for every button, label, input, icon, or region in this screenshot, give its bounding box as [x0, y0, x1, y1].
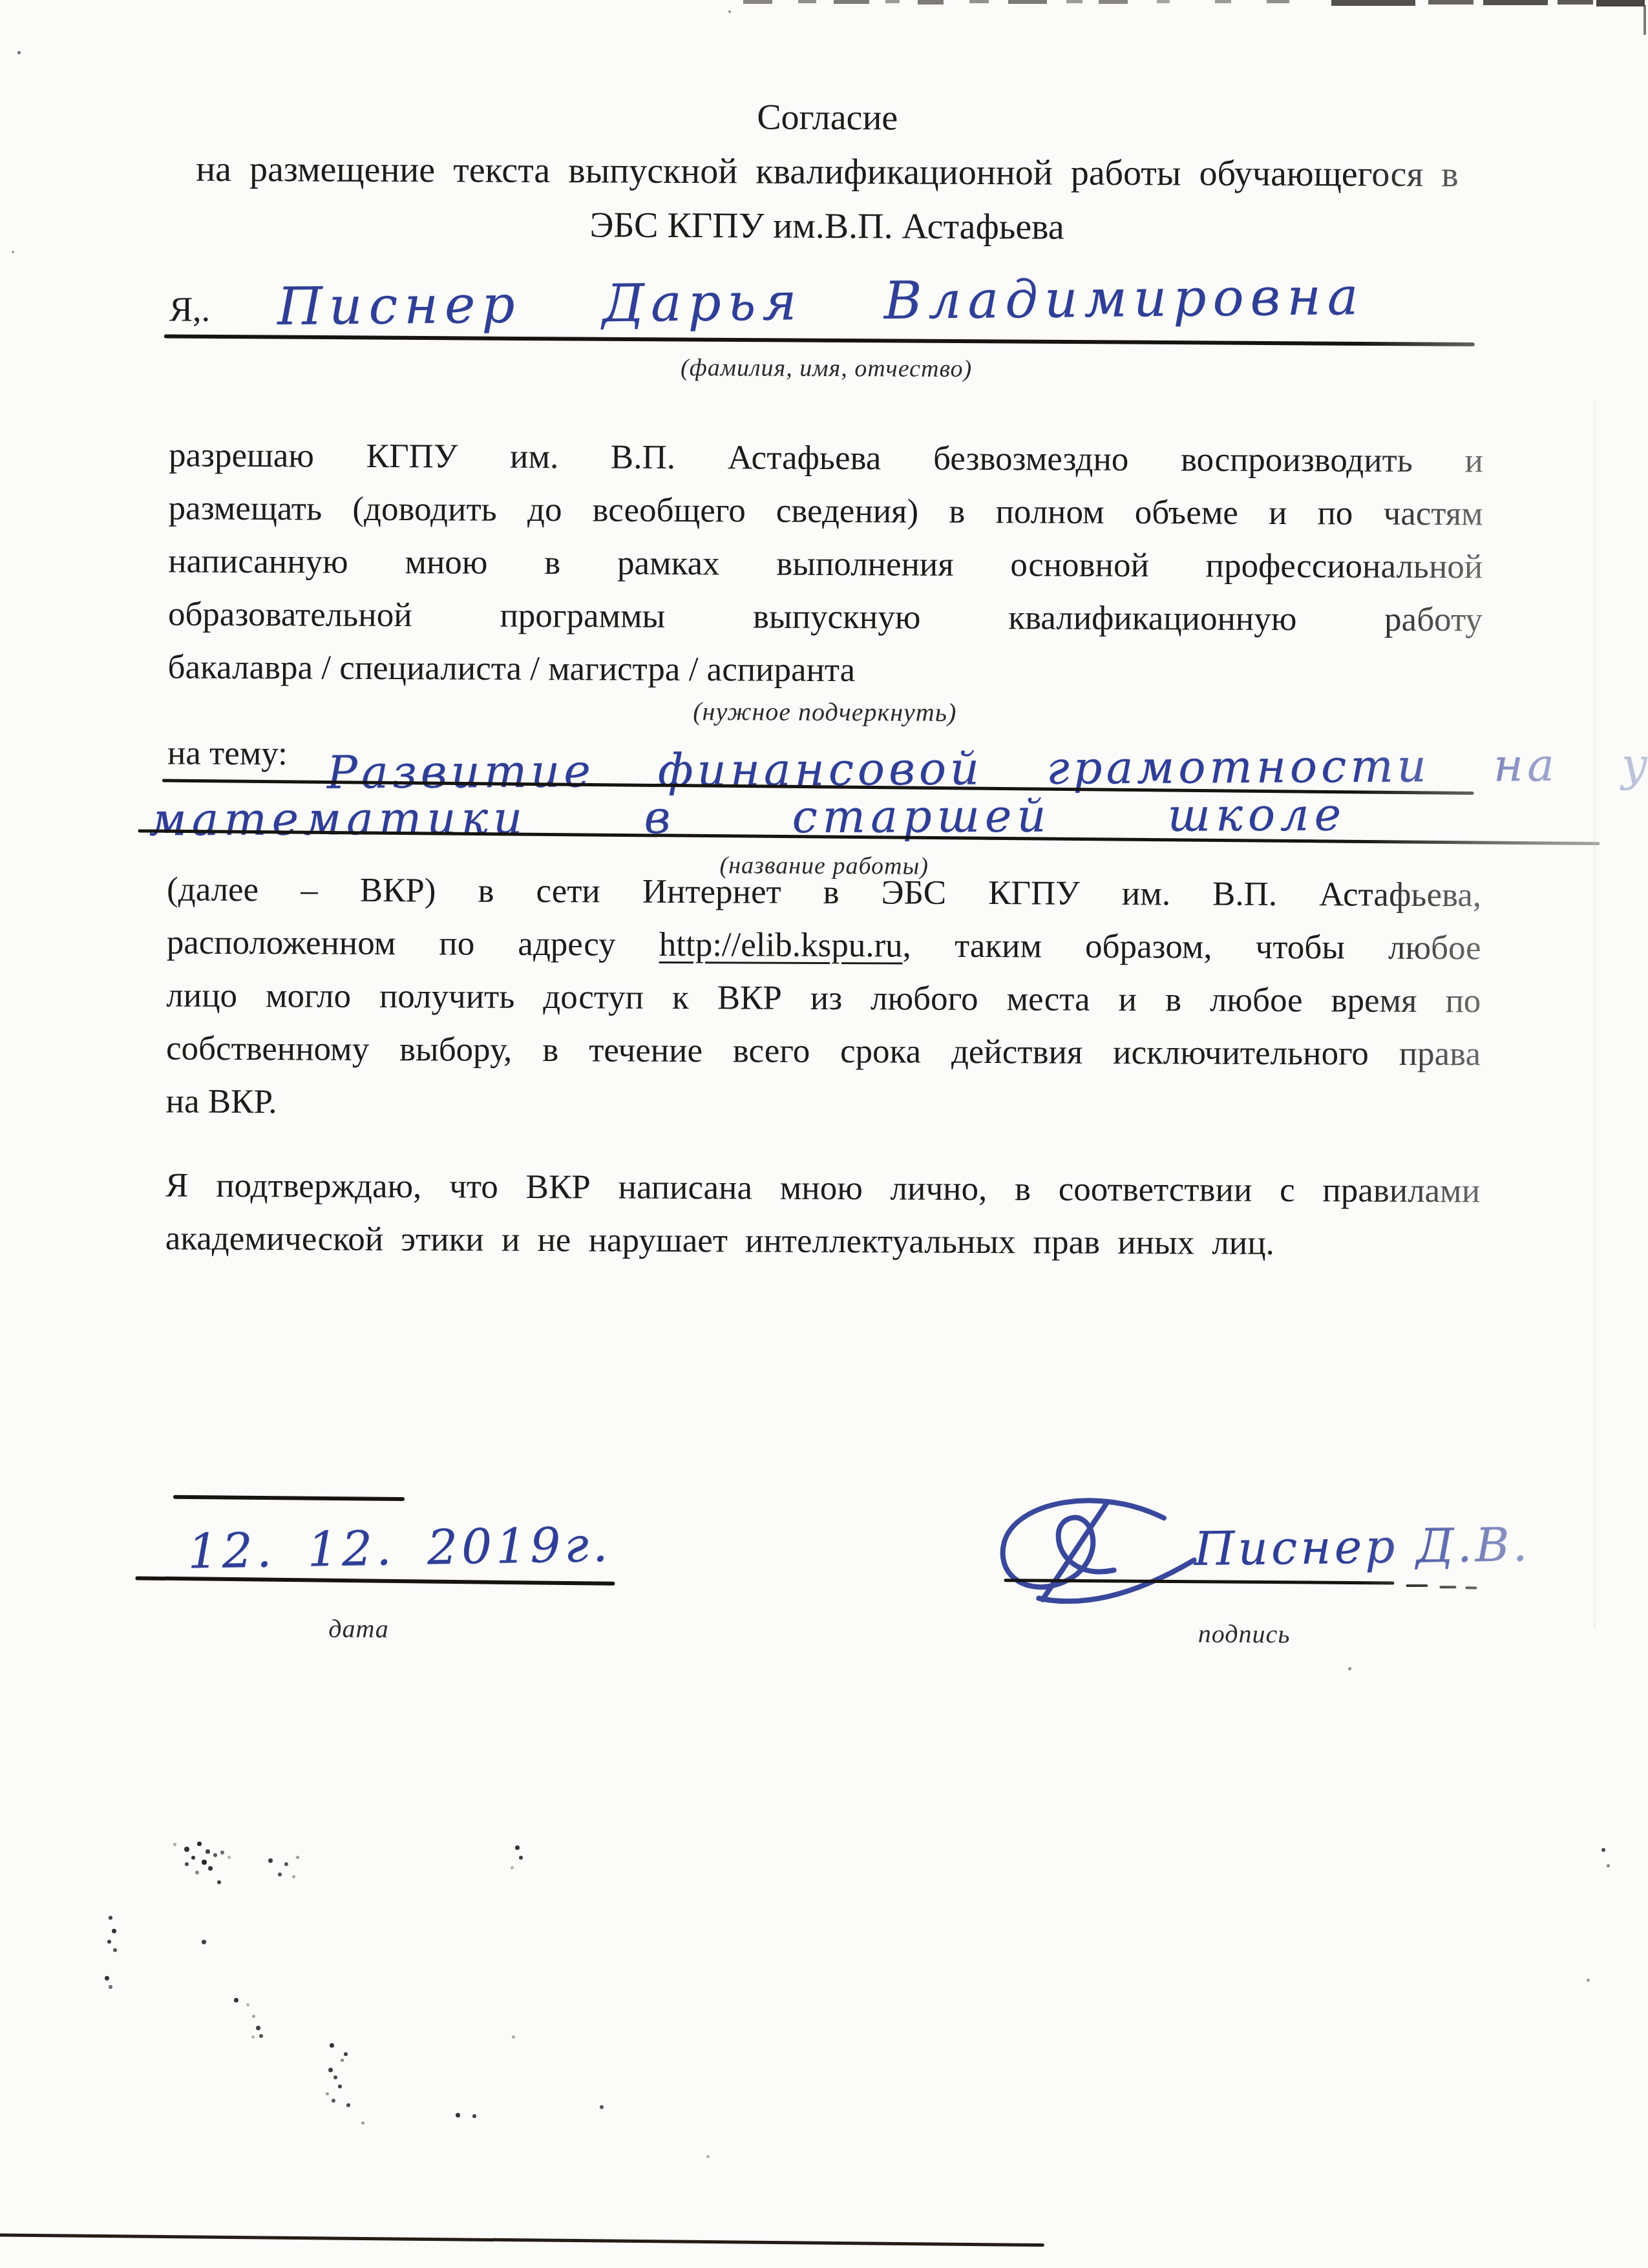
- scan-tick: [1643, 5, 1646, 35]
- scan-speck: [728, 10, 731, 13]
- scan-speck: [706, 2155, 710, 2158]
- scan-dash: [1008, 0, 1047, 4]
- name-underline: [164, 335, 1475, 346]
- scan-speck: [109, 1916, 112, 1920]
- scan-speck: [252, 2015, 255, 2018]
- scan-speck: [600, 2105, 604, 2109]
- scan-dash: [1558, 0, 1593, 5]
- scan-speck: [456, 2113, 460, 2117]
- scan-speck: [191, 1856, 195, 1860]
- handwritten-date: 12. 12. 2019г.: [187, 1517, 612, 1580]
- scan-speck: [217, 1880, 221, 1884]
- scan-speck: [202, 1860, 207, 1865]
- scan-speck: [246, 2003, 249, 2006]
- scan-speck: [220, 1851, 224, 1854]
- paragraph-line: размещать (доводить до всеобщего сведени…: [169, 482, 1483, 541]
- scan-speck: [515, 1845, 520, 1850]
- scan-speck: [213, 1853, 217, 1857]
- scan-dash: [1099, 0, 1128, 4]
- scan-speck: [197, 1842, 202, 1846]
- scan-dash: [969, 0, 989, 3]
- paragraph-line: бакалавра / специалиста / магистра / асп…: [167, 641, 1482, 700]
- scan-speck: [113, 1948, 117, 1952]
- paragraph-line: написанную мною в рамках выполнения осно…: [168, 535, 1483, 594]
- signature-underline-dash: [1439, 1586, 1456, 1588]
- confirmation-paragraph: Я подтверждаю, что ВКР написана мною лич…: [165, 1159, 1481, 1271]
- scan-speck: [361, 2121, 364, 2125]
- scan-dash: [834, 0, 869, 4]
- date-label: дата: [275, 1613, 443, 1644]
- scan-speck: [268, 1858, 273, 1863]
- handwritten-signature: Писнер Д.В.: [1194, 1517, 1531, 1576]
- scan-speck: [208, 1866, 213, 1871]
- scan-dash: [1428, 0, 1474, 5]
- document-content: Согласие на размещение текста выпускной …: [0, 0, 1648, 2268]
- scan-speck: [184, 1847, 189, 1852]
- scan-speck: [511, 1866, 514, 1869]
- scan-speck: [259, 2034, 263, 2038]
- scan-dash: [1157, 0, 1170, 3]
- scan-dash: [743, 0, 772, 4]
- scan-speck: [227, 1856, 231, 1859]
- paragraph-line: лицо могло получить доступ к ВКР из любо…: [166, 969, 1481, 1028]
- scan-speck: [109, 1985, 112, 1989]
- scan-speck: [17, 51, 21, 54]
- paper-edge-shadow: [1594, 401, 1596, 1628]
- scan-dash: [1066, 0, 1083, 3]
- scan-speck: [472, 2114, 476, 2118]
- scan-speck: [202, 1940, 206, 1944]
- scan-speck: [173, 1843, 176, 1846]
- scan-dash: [885, 0, 900, 3]
- vkr-paragraph: (далее – ВКР) в сети Интернет в ЭБС КГПУ…: [165, 863, 1481, 1134]
- scan-speck: [328, 2068, 333, 2072]
- scan-speck: [330, 2043, 334, 2048]
- scan-speck: [107, 1940, 111, 1944]
- title-line-1: Согласие: [170, 88, 1484, 148]
- paragraph-line: разрешаю КГПУ им. В.П. Астафьева безвозм…: [169, 429, 1483, 488]
- scan-speck: [333, 2075, 337, 2079]
- scan-speck: [195, 1871, 199, 1874]
- topic-label: на тему:: [167, 734, 288, 773]
- scan-dash: [1596, 0, 1645, 6]
- title-line-3: ЭБС КГПУ им.В.П. Астафьева: [169, 196, 1484, 257]
- scan-speck: [326, 2092, 329, 2095]
- scan-speck: [338, 2084, 342, 2088]
- scan-speck: [1587, 1979, 1590, 1982]
- scan-speck: [512, 2035, 515, 2039]
- paragraph-line: собственному выбору, в течение всего сро…: [166, 1022, 1481, 1081]
- scan-speck: [284, 1862, 288, 1866]
- scan-speck: [256, 2026, 260, 2030]
- paragraph-line: Я подтверждаю, что ВКР написана мною лич…: [165, 1159, 1480, 1218]
- paragraph-line: образовательной программы выпускную квал…: [168, 588, 1483, 647]
- stray-scan-line: [173, 1495, 405, 1501]
- document-title: Согласие на размещение текста выпускной …: [169, 88, 1484, 257]
- scan-speck: [296, 1856, 299, 1859]
- scan-dash: [1267, 0, 1289, 3]
- signature-underline-dash: [1406, 1584, 1428, 1587]
- url-prefix-text: расположенном по адресу: [167, 924, 659, 963]
- scan-speck: [1607, 1864, 1610, 1867]
- permission-paragraph: разрешаю КГПУ им. В.П. Астафьева безвозм…: [167, 429, 1483, 700]
- title-line-2: на размещение текста выпускной квалифика…: [170, 142, 1484, 202]
- scan-speck: [332, 2099, 335, 2103]
- scan-speck: [519, 1856, 523, 1860]
- paragraph-line: расположенном по адресу http://elib.kspu…: [167, 916, 1481, 975]
- scan-dash: [798, 0, 816, 3]
- scan-speck: [346, 2103, 350, 2107]
- scan-speck: [12, 251, 14, 253]
- elib-url-text: http://elib.kspu.ru: [659, 926, 903, 965]
- scan-speck: [251, 2035, 255, 2039]
- url-suffix-text: , таким образом, чтобы любое: [903, 927, 1481, 967]
- scan-dash: [918, 0, 944, 5]
- bottom-scan-line: [0, 2233, 1044, 2247]
- scan-speck: [341, 2059, 344, 2062]
- scan-speck: [206, 1849, 210, 1854]
- scan-speck: [278, 1873, 282, 1876]
- name-caption: (фамилия, имя, отчество): [169, 352, 1484, 386]
- scan-speck: [112, 1929, 116, 1933]
- scan-dash: [1215, 0, 1231, 3]
- paragraph-line: академической этики и не нарушает интелл…: [165, 1212, 1480, 1271]
- scan-speck: [105, 1976, 109, 1980]
- signature-label: подпись: [1154, 1618, 1335, 1649]
- handwritten-full-name: Писнер Дарья Владимировна: [277, 266, 1365, 337]
- date-underline: [135, 1576, 615, 1585]
- signature-flourish: [979, 1495, 1199, 1612]
- scan-speck: [1601, 1848, 1605, 1852]
- paragraph-line: (далее – ВКР) в сети Интернет в ЭБС КГПУ…: [167, 863, 1481, 922]
- paragraph-line: на ВКР.: [165, 1075, 1480, 1134]
- scan-dash: [1331, 0, 1415, 6]
- scanned-consent-page: Согласие на размещение текста выпускной …: [0, 0, 1648, 2268]
- scan-speck: [1348, 1667, 1351, 1670]
- signature-underline-dash: [1465, 1586, 1477, 1589]
- scan-speck: [234, 1998, 238, 2002]
- scan-speck: [292, 1875, 295, 1878]
- scan-dash: [1483, 0, 1548, 5]
- declarant-pronoun: Я,.: [169, 289, 210, 330]
- scan-speck: [185, 1862, 189, 1866]
- scan-speck: [344, 2052, 348, 2056]
- underline-note: (нужное подчеркнуть): [167, 694, 1482, 730]
